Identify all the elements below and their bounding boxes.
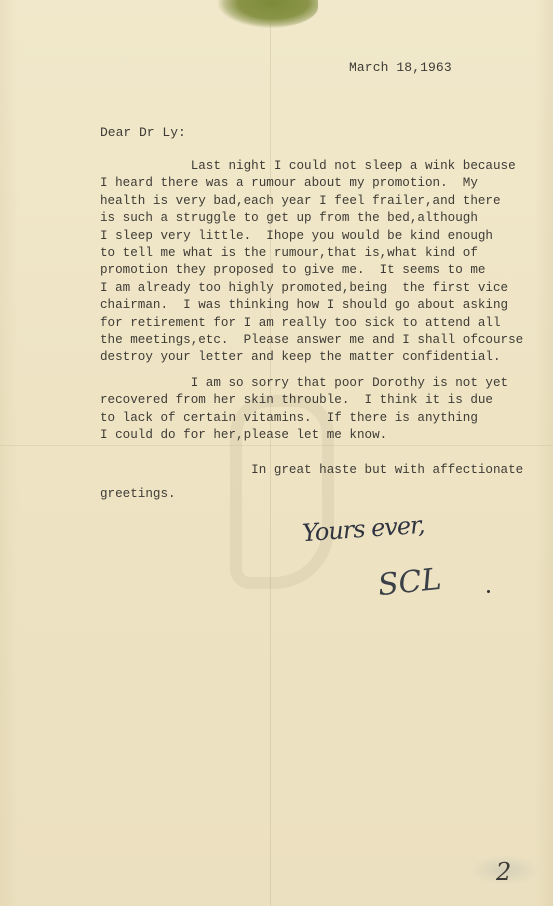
signature-dot bbox=[487, 590, 490, 593]
body-paragraph-2: I am so sorry that poor Dorothy is not y… bbox=[100, 375, 508, 445]
closing-line: In great haste but with affectionate gre… bbox=[100, 458, 523, 506]
letter-page: March 18,1963 Dear Dr Ly: Last night I c… bbox=[0, 0, 553, 906]
body-paragraph-1: Last night I could not sleep a wink beca… bbox=[100, 158, 523, 367]
page-number: 2 bbox=[496, 858, 511, 886]
letter-date: March 18,1963 bbox=[349, 60, 452, 75]
handwritten-signature: SCL bbox=[376, 562, 443, 603]
letterhead-emblem-icon bbox=[218, 0, 318, 28]
salutation: Dear Dr Ly: bbox=[100, 125, 186, 140]
